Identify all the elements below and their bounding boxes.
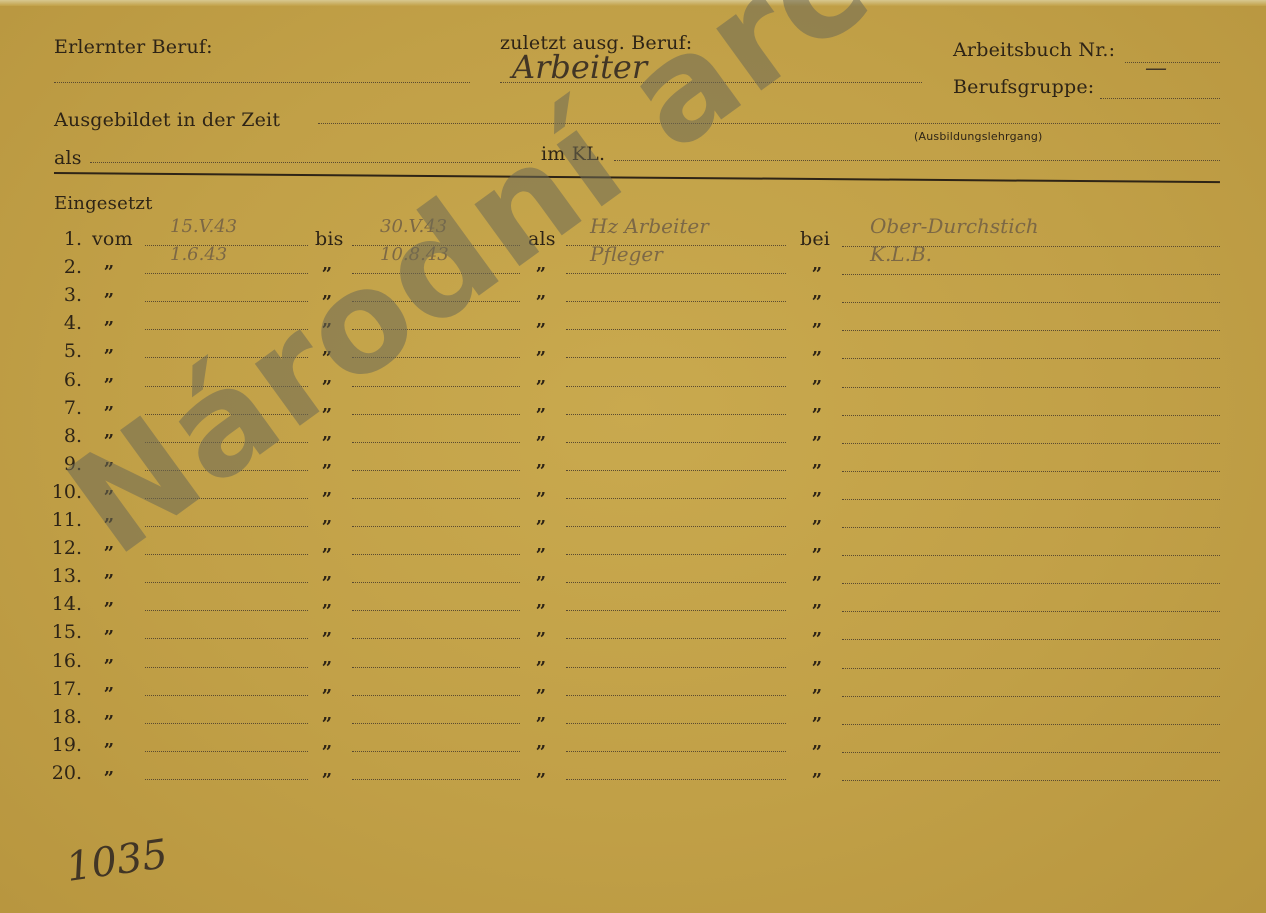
row-number: 7. — [22, 397, 82, 419]
ditto-mark: „ — [812, 732, 822, 753]
bei-field — [842, 724, 1220, 725]
bis-field — [352, 554, 520, 555]
bis-field — [352, 442, 520, 443]
bis-field — [352, 386, 520, 387]
bei-field — [842, 639, 1220, 640]
vom-field — [145, 695, 308, 696]
bei-field — [842, 274, 1220, 275]
ditto-mark: „ — [536, 732, 546, 753]
ditto-mark: „ — [104, 449, 114, 470]
ditto-mark: „ — [812, 479, 822, 500]
arbeitsbuch-field — [1125, 62, 1220, 63]
vom-field — [145, 667, 308, 668]
als-field — [566, 526, 786, 527]
als-field — [566, 667, 786, 668]
als-label: als — [528, 228, 556, 250]
ditto-mark: „ — [812, 648, 822, 669]
als-field — [566, 610, 786, 611]
row-number: 3. — [22, 284, 82, 306]
vom-field — [145, 470, 308, 471]
ditto-mark: „ — [812, 507, 822, 528]
row-number: 10. — [22, 481, 82, 503]
ditto-mark: „ — [322, 367, 332, 388]
ditto-mark: „ — [104, 477, 114, 498]
row-number: 15. — [22, 621, 82, 643]
bei-field — [842, 780, 1220, 781]
ditto-mark: „ — [104, 252, 114, 273]
bei-field — [842, 668, 1220, 669]
bei-field — [842, 752, 1220, 753]
vom-field — [145, 751, 308, 752]
als-value: Hz Arbeiter — [590, 214, 709, 238]
zuletzt-beruf-value: Arbeiter — [512, 48, 647, 86]
ditto-mark: „ — [812, 704, 822, 725]
als-field — [566, 582, 786, 583]
row-number: 5. — [22, 340, 82, 362]
bei-field — [842, 302, 1220, 303]
ditto-mark: „ — [536, 760, 546, 781]
ditto-mark: „ — [322, 423, 332, 444]
vom-field — [145, 357, 308, 358]
ditto-mark: „ — [536, 619, 546, 640]
ditto-mark: „ — [322, 732, 332, 753]
als-field — [566, 723, 786, 724]
ditto-mark: „ — [536, 367, 546, 388]
ditto-mark: „ — [322, 254, 332, 275]
bis-field — [352, 329, 520, 330]
vom-field — [145, 526, 308, 527]
bei-field — [842, 696, 1220, 697]
ditto-mark: „ — [104, 280, 114, 301]
ditto-mark: „ — [322, 704, 332, 725]
eingesetzt-title: Eingesetzt — [54, 193, 153, 214]
row-number: 11. — [22, 509, 82, 531]
bis-field — [352, 273, 520, 274]
als-field — [90, 162, 532, 163]
ditto-mark: „ — [536, 338, 546, 359]
ditto-mark: „ — [104, 533, 114, 554]
vom-field — [145, 582, 308, 583]
ditto-mark: „ — [536, 282, 546, 303]
vom-field — [145, 301, 308, 302]
row-number: 16. — [22, 650, 82, 672]
als-field — [566, 357, 786, 358]
row-number: 4. — [22, 312, 82, 334]
vom-field — [145, 386, 308, 387]
ausgebildet-field — [318, 123, 1220, 124]
ditto-mark: „ — [536, 535, 546, 556]
ditto-mark: „ — [104, 336, 114, 357]
ditto-mark: „ — [322, 619, 332, 640]
erlernter-beruf-label: Erlernter Beruf: — [54, 36, 213, 58]
als-field — [566, 329, 786, 330]
ditto-mark: „ — [536, 451, 546, 472]
section-divider — [54, 172, 1220, 183]
vom-field — [145, 638, 308, 639]
row-number: 6. — [22, 369, 82, 391]
bei-field — [842, 443, 1220, 444]
bis-value: 30.V.43 — [380, 216, 447, 237]
ditto-mark: „ — [104, 646, 114, 667]
ditto-mark: „ — [104, 393, 114, 414]
arbeitsbuch-value: — — [1145, 56, 1167, 81]
ditto-mark: „ — [322, 760, 332, 781]
row-number: 17. — [22, 678, 82, 700]
ditto-mark: „ — [536, 676, 546, 697]
bis-field — [352, 526, 520, 527]
row-number: 14. — [22, 593, 82, 615]
als-field — [566, 751, 786, 752]
ditto-mark: „ — [104, 758, 114, 779]
row-number: 2. — [22, 256, 82, 278]
row-number: 20. — [22, 762, 82, 784]
ditto-mark: „ — [322, 648, 332, 669]
ditto-mark: „ — [812, 395, 822, 416]
ditto-mark: „ — [536, 704, 546, 725]
bei-field — [842, 471, 1220, 472]
ditto-mark: „ — [812, 760, 822, 781]
als-field — [566, 442, 786, 443]
ditto-mark: „ — [322, 535, 332, 556]
vom-field — [145, 329, 308, 330]
bis-field — [352, 414, 520, 415]
row-number: 1. — [22, 228, 82, 250]
als-field — [566, 470, 786, 471]
vom-field — [145, 273, 308, 274]
bis-field — [352, 751, 520, 752]
vom-field — [145, 723, 308, 724]
ditto-mark: „ — [812, 367, 822, 388]
ditto-mark: „ — [104, 674, 114, 695]
ditto-mark: „ — [812, 310, 822, 331]
page-number: 1035 — [63, 831, 170, 891]
card-edge — [0, 0, 1266, 6]
ditto-mark: „ — [104, 589, 114, 610]
row-number: 9. — [22, 453, 82, 475]
bei-label: bei — [800, 228, 830, 250]
vom-value: 1.6.43 — [170, 244, 227, 265]
bis-field — [352, 638, 520, 639]
row-number: 18. — [22, 706, 82, 728]
als-field — [566, 386, 786, 387]
bei-field — [842, 527, 1220, 528]
row-number: 8. — [22, 425, 82, 447]
ditto-mark: „ — [104, 617, 114, 638]
bei-field — [842, 358, 1220, 359]
bis-field — [352, 301, 520, 302]
im-kl-field — [614, 160, 1220, 161]
ditto-mark: „ — [322, 676, 332, 697]
bei-field — [842, 611, 1220, 612]
ditto-mark: „ — [536, 254, 546, 275]
ausbildungslehrgang-label: (Ausbildungslehrgang) — [914, 130, 1043, 143]
bis-label: bis — [315, 228, 344, 250]
bis-field — [352, 357, 520, 358]
row-number: 12. — [22, 537, 82, 559]
ditto-mark: „ — [104, 308, 114, 329]
als-field — [566, 273, 786, 274]
ditto-mark: „ — [322, 338, 332, 359]
ditto-mark: „ — [322, 395, 332, 416]
ditto-mark: „ — [812, 535, 822, 556]
bis-field — [352, 667, 520, 668]
bei-value: Ober-Durchstich — [870, 214, 1039, 238]
ditto-mark: „ — [322, 591, 332, 612]
ditto-mark: „ — [536, 591, 546, 612]
ditto-mark: „ — [104, 730, 114, 751]
bis-field — [352, 582, 520, 583]
vom-field — [145, 498, 308, 499]
als-field — [566, 301, 786, 302]
bei-field — [842, 499, 1220, 500]
als-value: Pfleger — [590, 242, 663, 266]
ditto-mark: „ — [536, 395, 546, 416]
ditto-mark: „ — [812, 676, 822, 697]
ditto-mark: „ — [812, 619, 822, 640]
als-field — [566, 414, 786, 415]
ditto-mark: „ — [812, 338, 822, 359]
bis-field — [352, 610, 520, 611]
zuletzt-beruf-field — [500, 82, 922, 83]
ditto-mark: „ — [812, 423, 822, 444]
ditto-mark: „ — [812, 254, 822, 275]
vom-label: vom — [92, 228, 133, 250]
ditto-mark: „ — [104, 561, 114, 582]
ditto-mark: „ — [536, 310, 546, 331]
row-number: 19. — [22, 734, 82, 756]
vom-field — [145, 414, 308, 415]
vom-field — [145, 442, 308, 443]
ausgebildet-label: Ausgebildet in der Zeit — [54, 109, 280, 131]
ditto-mark: „ — [536, 648, 546, 669]
als-field — [566, 554, 786, 555]
bis-field — [352, 779, 520, 780]
ditto-mark: „ — [322, 282, 332, 303]
ditto-mark: „ — [536, 423, 546, 444]
ditto-mark: „ — [322, 507, 332, 528]
bis-field — [352, 723, 520, 724]
ditto-mark: „ — [104, 505, 114, 526]
ditto-mark: „ — [104, 421, 114, 442]
vom-field — [145, 554, 308, 555]
vom-field — [145, 610, 308, 611]
als-label: als — [54, 147, 82, 169]
bei-field — [842, 387, 1220, 388]
als-field — [566, 498, 786, 499]
ditto-mark: „ — [322, 451, 332, 472]
ditto-mark: „ — [812, 451, 822, 472]
ditto-mark: „ — [104, 365, 114, 386]
als-field — [566, 695, 786, 696]
row-number: 13. — [22, 565, 82, 587]
ditto-mark: „ — [536, 479, 546, 500]
ditto-mark: „ — [536, 507, 546, 528]
bei-field — [842, 415, 1220, 416]
vom-field — [145, 779, 308, 780]
als-field — [566, 779, 786, 780]
im-kl-label: im KL. — [541, 143, 605, 165]
ditto-mark: „ — [536, 563, 546, 584]
erlernter-beruf-field — [54, 82, 470, 83]
bei-field — [842, 583, 1220, 584]
ditto-mark: „ — [104, 702, 114, 723]
bei-value: K.L.B. — [870, 242, 932, 266]
arbeitsbuch-label: Arbeitsbuch Nr.: — [953, 39, 1115, 61]
ditto-mark: „ — [812, 563, 822, 584]
berufsgruppe-field — [1100, 98, 1220, 99]
ditto-mark: „ — [322, 479, 332, 500]
ditto-mark: „ — [322, 563, 332, 584]
als-field — [566, 638, 786, 639]
bis-field — [352, 695, 520, 696]
ditto-mark: „ — [812, 282, 822, 303]
ditto-mark: „ — [812, 591, 822, 612]
bis-value: 10.8.43 — [380, 244, 449, 265]
vom-value: 15.V.43 — [170, 216, 237, 237]
bis-field — [352, 498, 520, 499]
bei-field — [842, 330, 1220, 331]
berufsgruppe-label: Berufsgruppe: — [953, 76, 1094, 98]
bis-field — [352, 470, 520, 471]
bei-field — [842, 555, 1220, 556]
ditto-mark: „ — [322, 310, 332, 331]
